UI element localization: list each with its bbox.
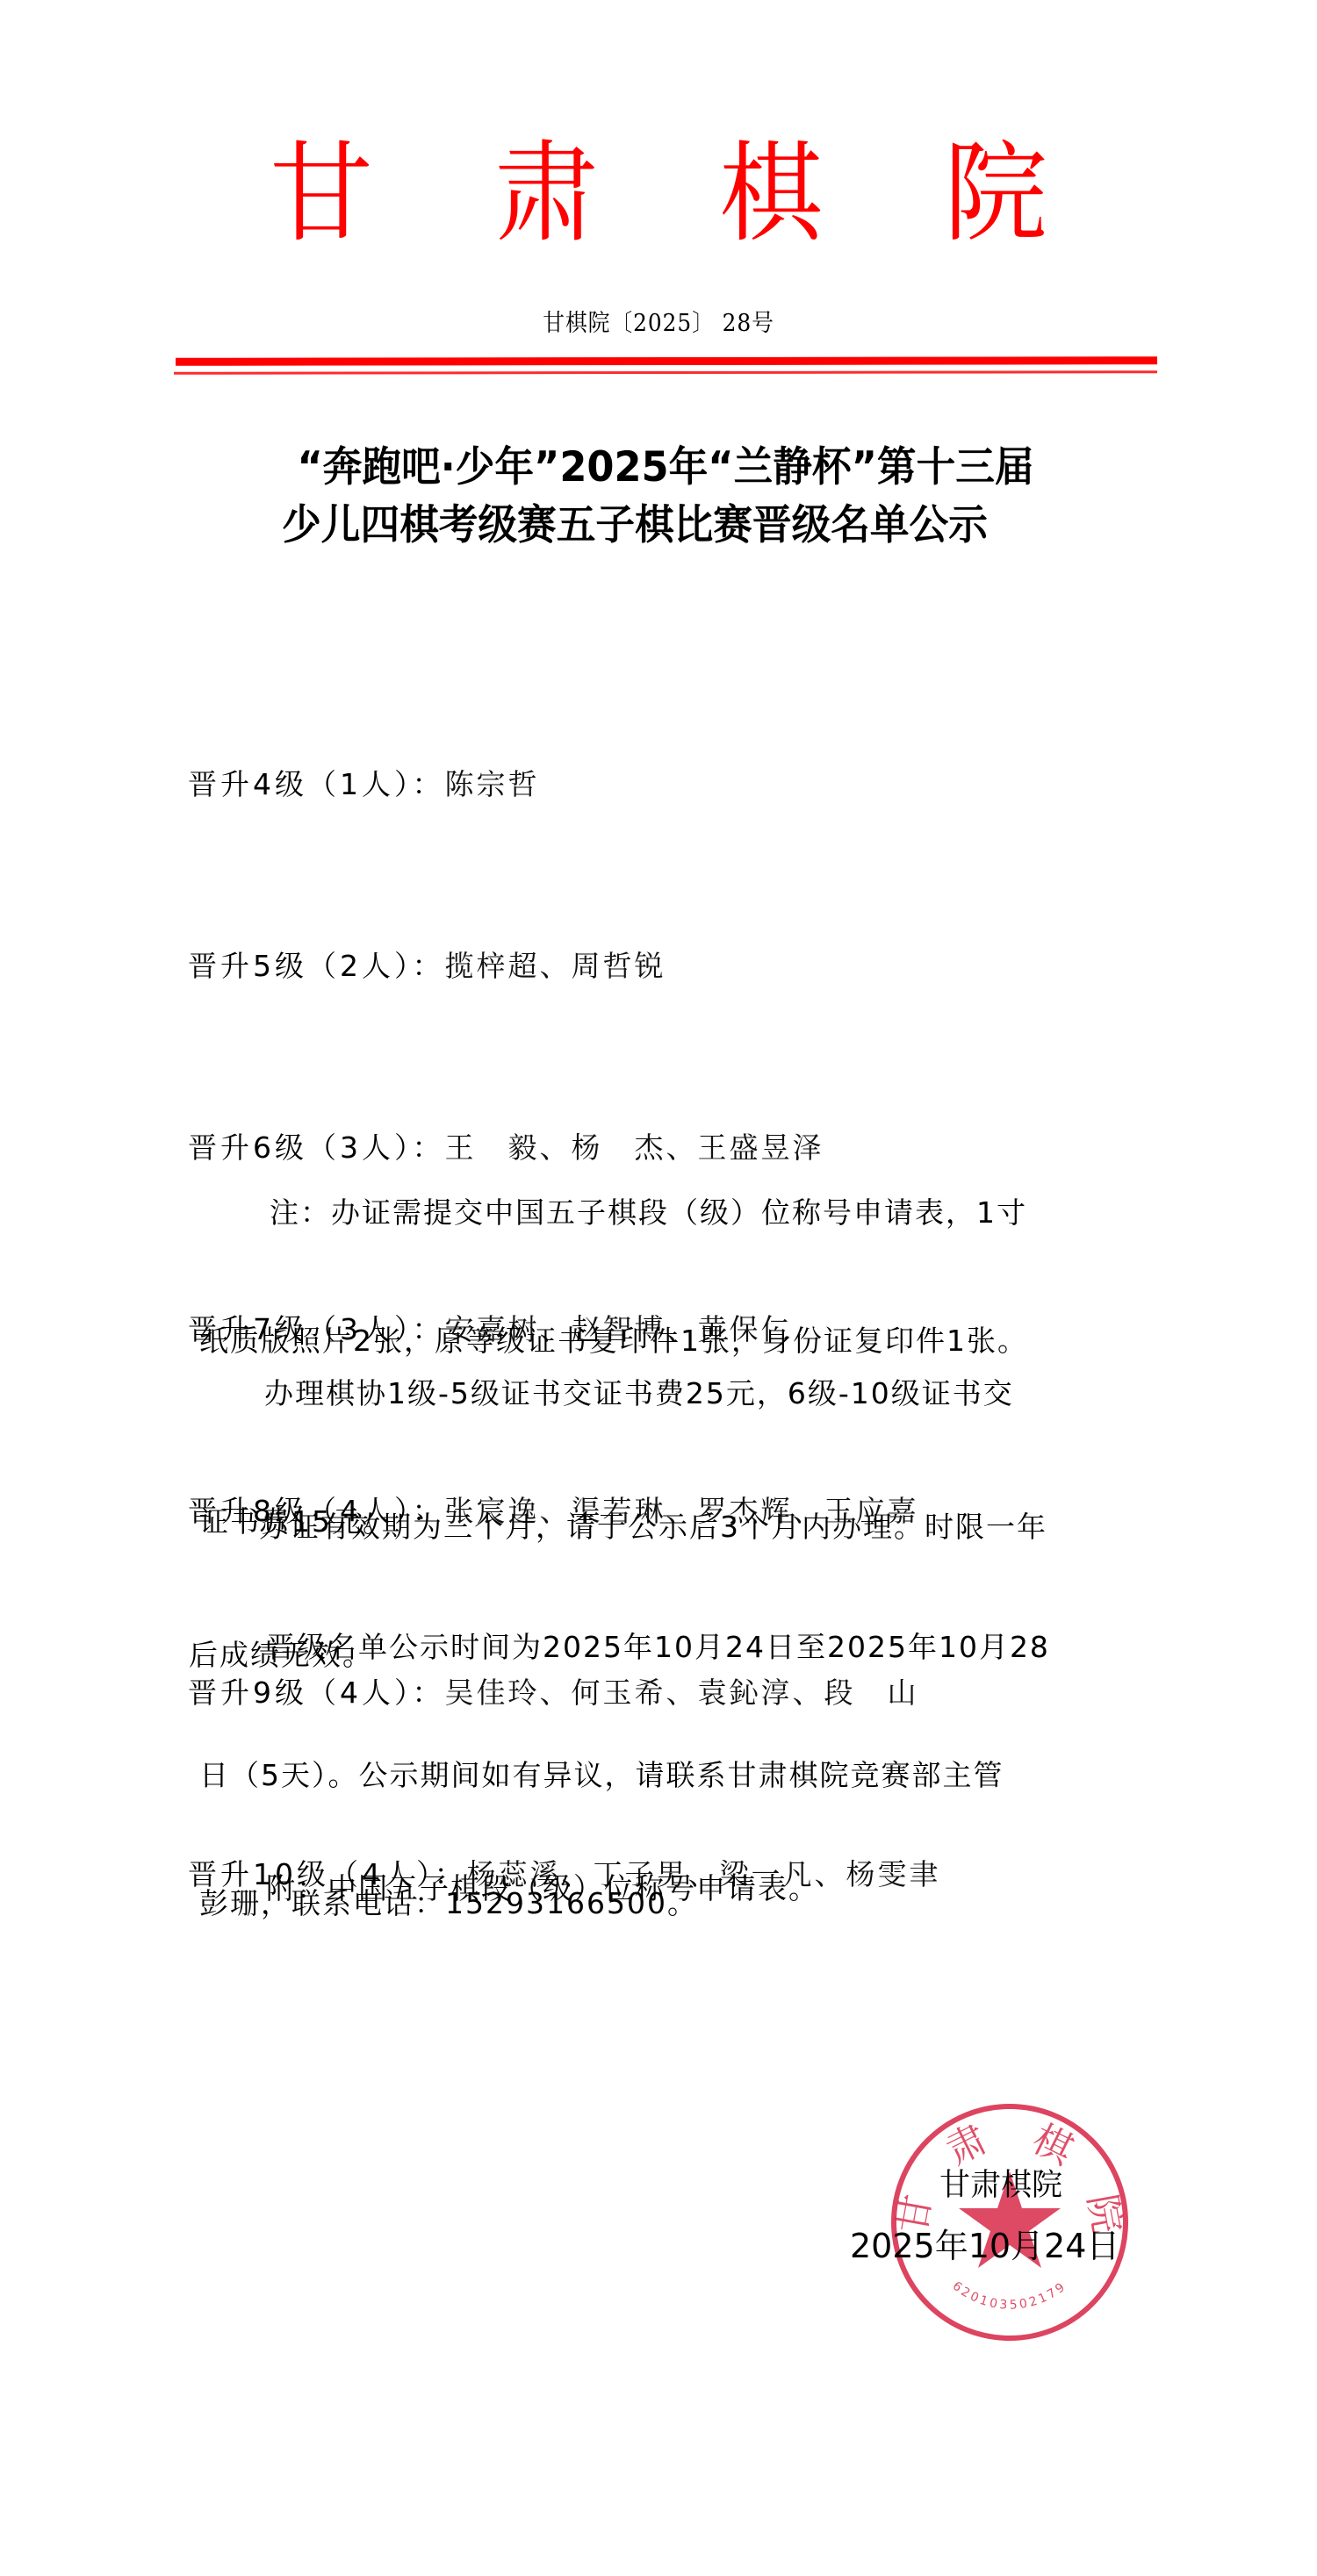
- signature-organization: 甘肃棋院: [931, 2161, 1071, 2205]
- header-divider-thick: [176, 356, 1157, 366]
- promotion-label: 晋升4级（1人）：: [188, 754, 445, 814]
- promotion-row-level-5: 晋升5级（2人）： 揽梓超、周哲锐: [188, 936, 941, 996]
- promotion-row-level-4: 晋升4级（1人）： 陈宗哲: [188, 754, 941, 814]
- stamp-serial: 620103502179: [950, 2279, 1070, 2313]
- title-line-2: 少儿四棋考级赛五子棋比赛晋级名单公示: [0, 497, 1283, 555]
- masthead: 甘 肃 棋 院: [0, 132, 1317, 255]
- period-line-1: 晋级名单公示时间为2025年10月24日至2025年10月28: [189, 1618, 1155, 1677]
- attachment-line: 附：中国五子棋段（级）位称号申请表。: [189, 1859, 1155, 1919]
- signature-date: 2025年10月24日: [850, 2219, 1140, 2267]
- promotion-label: 晋升5级（2人）：: [188, 936, 445, 996]
- page-title: “奔跑吧·少年”2025年“兰静杯”第十三届 少儿四棋考级赛五子棋比赛晋级名单公…: [0, 439, 1317, 555]
- fees-line-1: 办理棋协1级-5级证书交证书费25元，6级-10级证书交: [189, 1364, 1155, 1424]
- masthead-char: 院: [944, 139, 1047, 248]
- masthead-char: 肃: [494, 139, 598, 248]
- promotion-names: 揽梓超、周哲锐: [445, 936, 666, 996]
- document-number: 甘棋院〔2025〕 28号: [53, 304, 1264, 338]
- attachment-paragraph: 附：中国五子棋段（级）位称号申请表。: [189, 1790, 1155, 1953]
- promotion-names: 陈宗哲: [445, 754, 540, 814]
- validity-line-1: 办证有效期为三个月，请于公示后3个月内办理。时限一年: [189, 1497, 1155, 1557]
- masthead-char: 甘: [270, 139, 373, 248]
- masthead-char: 棋: [719, 139, 823, 248]
- note-line-1: 注：办证需提交中国五子棋段（级）位称号申请表，1寸: [189, 1183, 1155, 1243]
- svg-text:620103502179: 620103502179: [950, 2279, 1070, 2313]
- title-line-1: “奔跑吧·少年”2025年“兰静杯”第十三届: [47, 439, 1285, 497]
- header-divider-thin: [174, 370, 1157, 375]
